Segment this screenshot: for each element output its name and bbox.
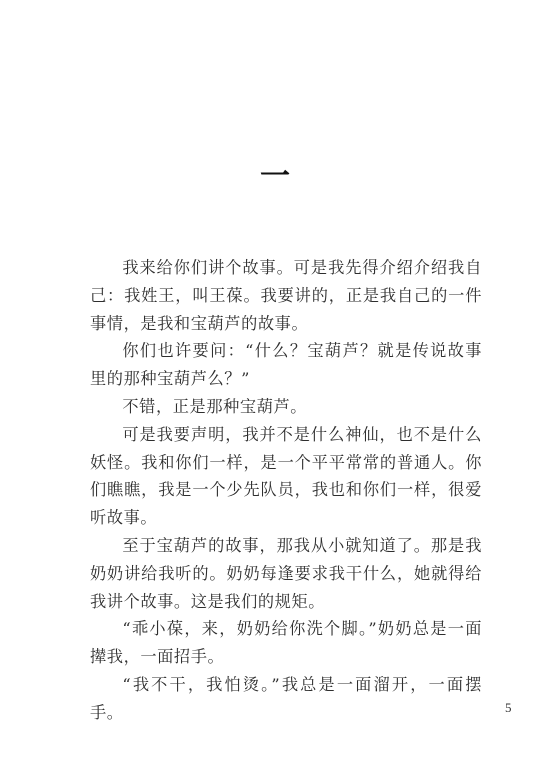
book-page: 一 我来给你们讲个故事。可是我先得介绍介绍我自己：我姓王，叫王葆。我要讲的，正是…: [0, 0, 550, 769]
paragraph: “乖小葆，来，奶奶给你洗个脚。”奶奶总是一面撵我，一面招手。: [90, 615, 482, 671]
chapter-title: 一: [0, 160, 550, 194]
paragraph: 可是我要声明，我并不是什么神仙，也不是什么妖怪。我和你们一样，是一个平平常常的普…: [90, 421, 482, 532]
paragraph: 不错，正是那种宝葫芦。: [90, 393, 482, 421]
page-number: 5: [505, 700, 512, 716]
paragraph: 至于宝葫芦的故事，那我从小就知道了。那是我奶奶讲给我听的。奶奶每逢要求我干什么，…: [90, 532, 482, 615]
paragraph: 我来给你们讲个故事。可是我先得介绍介绍我自己：我姓王，叫王葆。我要讲的，正是我自…: [90, 254, 482, 337]
paragraph: 你们也许要问：“什么？宝葫芦？就是传说故事里的那种宝葫芦么？”: [90, 337, 482, 393]
paragraph: “我不干，我怕烫。”我总是一面溜开，一面摆手。: [90, 671, 482, 727]
body-text: 我来给你们讲个故事。可是我先得介绍介绍我自己：我姓王，叫王葆。我要讲的，正是我自…: [90, 254, 482, 727]
